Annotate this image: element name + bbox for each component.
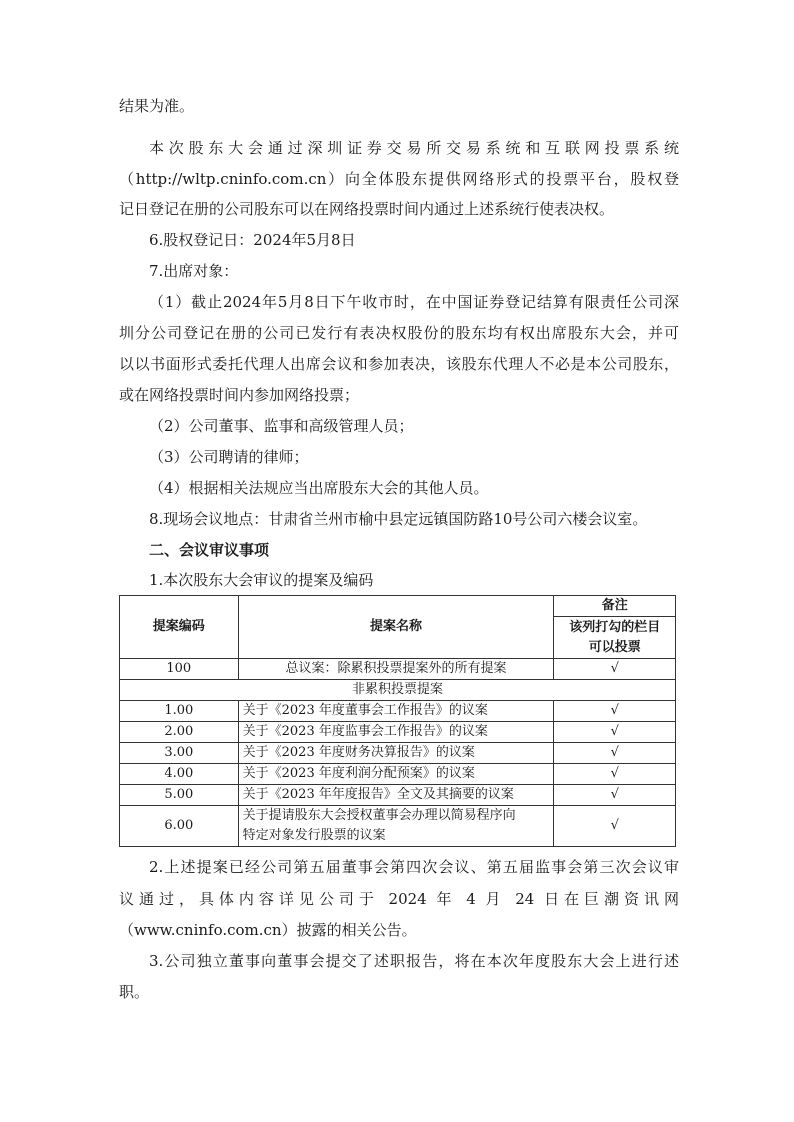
cell-name: 总议案：除累积投票提案外的所有提案 [238,659,554,680]
header-note: 备注 [554,596,676,617]
attendee-item-1-line3: 以以书面形式委托代理人出席会议和参加表决，该股东代理人不必是本公司股东， [119,354,679,374]
paragraph-voting-system-line1: 本次股东大会通过深圳证券交易所交易系统和互联网投票系统 [149,138,679,158]
cell-code: 100 [120,659,239,680]
table-row: 1.00 关于《2023 年度董事会工作报告》的议案 √ [120,701,676,722]
cell-name-line2: 特定对象发行股票的议案 [243,826,550,846]
document-page: 结果为准。 本次股东大会通过深圳证券交易所交易系统和互联网投票系统 （http:… [0,0,794,1122]
cell-name: 关于《2023 年年度报告》全文及其摘要的议案 [238,785,554,806]
cell-code: 6.00 [120,806,239,847]
attendee-item-3: （3）公司聘请的律师； [149,447,679,467]
cell-name: 关于《2023 年度利润分配预案》的议案 [238,764,554,785]
cell-code: 4.00 [120,764,239,785]
cell-name-line1: 关于提请股东大会授权董事会办理以简易程序向 [243,806,550,826]
table-row-total: 100 总议案：除累积投票提案外的所有提案 √ [120,659,676,680]
paragraph-independent-directors-line1: 3.公司独立董事向董事会提交了述职报告，将在本次年度股东大会上进行述 [149,951,679,971]
cell-code: 5.00 [120,785,239,806]
proposals-table: 提案编码 提案名称 备注 该列打勾的栏目 可以投票 100 总议案：除累积投票提… [119,595,676,847]
cell-code: 3.00 [120,743,239,764]
paragraph-independent-directors-line2: 职。 [119,982,679,1002]
paragraph-voting-system-line2: （http://wltp.cninfo.com.cn）向全体股东提供网络形式的投… [119,169,679,189]
check-mark-icon: √ [554,659,676,680]
paragraph-voting-system-line3: 记日登记在册的公司股东可以在网络投票时间内通过上述系统行使表决权。 [119,199,679,219]
meeting-location: 8.现场会议地点：甘肃省兰州市榆中县定远镇国防路10号公司六楼会议室。 [149,509,679,529]
check-mark-icon: √ [554,722,676,743]
table-row: 6.00 关于提请股东大会授权董事会办理以简易程序向 特定对象发行股票的议案 √ [120,806,676,847]
header-note-sub-line2: 可以投票 [558,638,671,658]
cell-name: 关于《2023 年度财务决算报告》的议案 [238,743,554,764]
cell-name: 关于《2023 年度监事会工作报告》的议案 [238,722,554,743]
check-mark-icon: √ [554,806,676,847]
table-row: 2.00 关于《2023 年度监事会工作报告》的议案 √ [120,722,676,743]
cell-name: 关于《2023 年度董事会工作报告》的议案 [238,701,554,722]
attendee-item-1-line1: （1）截止2024年5月8日下午收市时，在中国证券登记结算有限责任公司深 [149,292,679,312]
check-mark-icon: √ [554,785,676,806]
check-mark-icon: √ [554,701,676,722]
paragraph-approval-line2: 议通过，具体内容详见公司于 2024 年 4 月 24 日在巨潮资讯网 [119,889,679,909]
header-proposal-code: 提案编码 [120,596,239,659]
table-section-row: 非累积投票提案 [120,680,676,701]
paragraph-result-basis: 结果为准。 [119,96,679,116]
attendee-item-4: （4）根据相关法规应当出席股东大会的其他人员。 [149,478,679,498]
table-row: 5.00 关于《2023 年年度报告》全文及其摘要的议案 √ [120,785,676,806]
cell-code: 2.00 [120,722,239,743]
section-heading-agenda: 二、会议审议事项 [149,540,679,560]
attendees-heading: 7.出席对象： [149,261,679,281]
table-header-row: 提案编码 提案名称 备注 [120,596,676,617]
check-mark-icon: √ [554,764,676,785]
record-date: 6.股权登记日：2024年5月8日 [149,230,679,250]
attendee-item-1-line4: 或在网络投票时间内参加网络投票； [119,385,679,405]
header-note-sub: 该列打勾的栏目 可以投票 [554,617,676,659]
cell-name: 关于提请股东大会授权董事会办理以简易程序向 特定对象发行股票的议案 [238,806,554,847]
attendee-item-1-line2: 圳分公司登记在册的公司已发行有表决权股份的股东均有权出席股东大会，并可 [119,323,679,343]
table-row: 3.00 关于《2023 年度财务决算报告》的议案 √ [120,743,676,764]
header-note-sub-line1: 该列打勾的栏目 [558,618,671,638]
paragraph-approval-line1: 2.上述提案已经公司第五届董事会第四次会议、第五届监事会第三次会议审 [149,857,679,877]
header-proposal-name: 提案名称 [238,596,554,659]
table-row: 4.00 关于《2023 年度利润分配预案》的议案 √ [120,764,676,785]
paragraph-approval-line3: （www.cninfo.com.cn）披露的相关公告。 [119,920,679,940]
cell-code: 1.00 [120,701,239,722]
table-caption: 1.本次股东大会审议的提案及编码 [149,570,679,590]
check-mark-icon: √ [554,743,676,764]
section-non-cumulative: 非累积投票提案 [120,680,676,701]
attendee-item-2: （2）公司董事、监事和高级管理人员； [149,416,679,436]
